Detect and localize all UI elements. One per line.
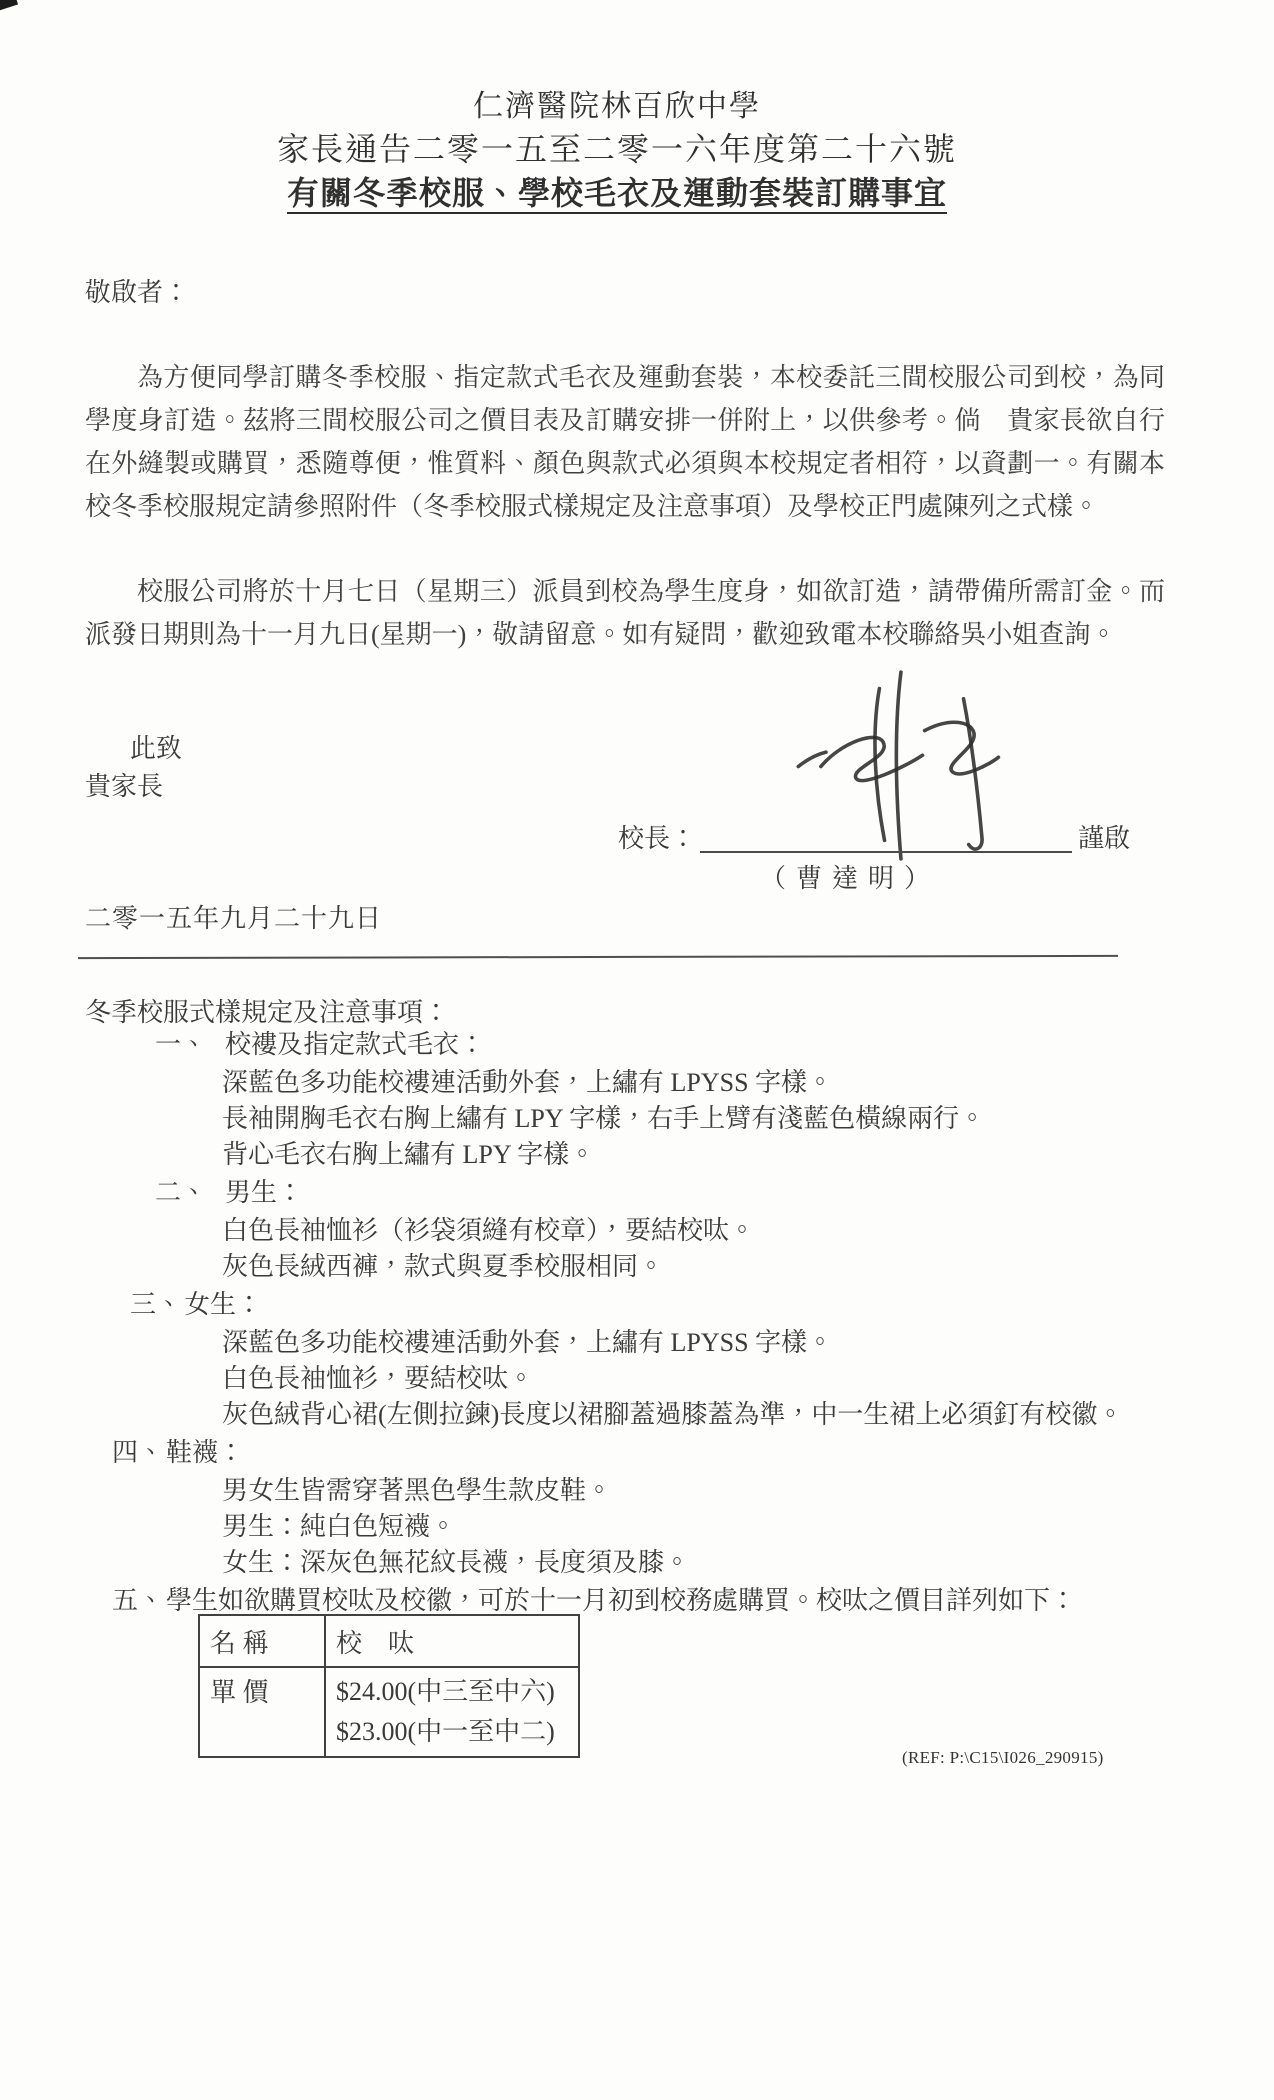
- list-item-3-line: 深藍色多功能校褸連活動外套，上繡有 LPYSS 字樣。: [222, 1326, 833, 1360]
- signature-line: [700, 823, 1072, 853]
- principal-signature-row: 校長：謹啟: [618, 818, 1130, 855]
- list-item-4-number: 四、: [112, 1436, 164, 1470]
- notice-date: 二零一五年九月二十九日: [85, 898, 382, 935]
- attachment-heading: 冬季校服式樣規定及注意事項：: [85, 992, 449, 1029]
- scan-artifact: [0, 0, 18, 12]
- price-table-header-tie: 校 呔: [325, 1615, 579, 1667]
- paragraph-1: 為方便同學訂購冬季校服、指定款式毛衣及運動套裝，本校委託三間校服公司到校，為同學…: [85, 356, 1165, 528]
- list-item-4-title: 鞋襪：: [166, 1438, 244, 1467]
- list-item-1-head: 一、校褸及指定款式毛衣：: [155, 1028, 485, 1062]
- price-table-row-label: 單 價: [199, 1667, 325, 1757]
- list-item-5-number: 五、: [112, 1584, 164, 1618]
- closing-recipient: 貴家長: [85, 766, 163, 803]
- list-item-2-line: 灰色長絨西褲，款式與夏季校服相同。: [222, 1250, 664, 1284]
- salutation: 敬啟者：: [85, 272, 189, 309]
- list-item-2-title: 男生：: [225, 1178, 303, 1207]
- price-table-row: 單 價 $24.00(中三至中六) $23.00(中一至中二): [199, 1667, 579, 1757]
- school-name: 仁濟醫院林百欣中學: [0, 88, 1234, 126]
- list-item-3-title: 女生：: [184, 1290, 262, 1319]
- notice-subject-row: 有關冬季校服、學校毛衣及運動套裝訂購事宜: [0, 172, 1234, 214]
- reference-number: (REF: P:\C15\I026_290915): [902, 1748, 1104, 1768]
- price-table-header-row: 名 稱 校 呔: [199, 1615, 579, 1667]
- list-item-1-line: 長袖開胸毛衣右胸上繡有 LPY 字樣，右手上臂有淺藍色橫線兩行。: [222, 1102, 985, 1136]
- paragraph-2: 校服公司將於十月七日（星期三）派員到校為學生度身，如欲訂造，請帶備所需訂金。而派…: [85, 570, 1165, 656]
- list-item-4-line: 女生：深灰色無花紋長襪，長度須及膝。: [222, 1546, 690, 1580]
- respectfully-label: 謹啟: [1078, 824, 1130, 853]
- price-table: 名 稱 校 呔 單 價 $24.00(中三至中六) $23.00(中一至中二): [198, 1614, 580, 1758]
- list-item-4-head: 四、鞋襪：: [112, 1436, 244, 1470]
- notice-number: 家長通告二零一五至二零一六年度第二十六號: [0, 128, 1234, 170]
- list-item-4-line: 男生：純白色短襪。: [222, 1510, 456, 1544]
- list-item-3-head: 三、女生：: [130, 1288, 262, 1322]
- price-table-header-name: 名 稱: [199, 1615, 325, 1667]
- price-line-junior: $23.00(中一至中二): [336, 1712, 568, 1752]
- notice-subject: 有關冬季校服、學校毛衣及運動套裝訂購事宜: [287, 175, 947, 214]
- price-table-prices-cell: $24.00(中三至中六) $23.00(中一至中二): [325, 1667, 579, 1757]
- principal-name: （曹達明）: [760, 858, 940, 895]
- list-item-5-title: 學生如欲購買校呔及校徽，可於十一月初到校務處購買。校呔之價目詳列如下：: [166, 1586, 1076, 1615]
- list-item-2-line: 白色長袖恤衫（衫袋須縫有校章），要結校呔。: [222, 1214, 755, 1248]
- list-item-4-line: 男女生皆需穿著黑色學生款皮鞋。: [222, 1474, 612, 1508]
- section-divider: [78, 955, 1118, 959]
- list-item-1-line: 背心毛衣右胸上繡有 LPY 字樣。: [222, 1138, 595, 1172]
- list-item-3-line: 灰色絨背心裙(左側拉鍊)長度以裙腳蓋過膝蓋為準，中一生裙上必須釘有校徽。: [222, 1398, 1123, 1432]
- notice-header: 仁濟醫院林百欣中學 家長通告二零一五至二零一六年度第二十六號 有關冬季校服、學校…: [0, 88, 1234, 214]
- list-item-1-number: 一、: [155, 1028, 225, 1062]
- list-item-1-line: 深藍色多功能校褸連活動外套，上繡有 LPYSS 字樣。: [222, 1066, 833, 1100]
- list-item-2-head: 二、男生：: [155, 1176, 303, 1210]
- principal-label: 校長：: [618, 824, 696, 853]
- scanned-notice-page: 仁濟醫院林百欣中學 家長通告二零一五至二零一六年度第二十六號 有關冬季校服、學校…: [0, 0, 1274, 2100]
- closing-cizhi: 此致: [130, 728, 182, 765]
- list-item-3-line: 白色長袖恤衫，要結校呔。: [222, 1362, 534, 1396]
- list-item-5-head: 五、學生如欲購買校呔及校徽，可於十一月初到校務處購買。校呔之價目詳列如下：: [112, 1584, 1076, 1618]
- price-line-senior: $24.00(中三至中六): [336, 1672, 568, 1712]
- list-item-2-number: 二、: [155, 1176, 225, 1210]
- list-item-3-number: 三、: [130, 1288, 182, 1322]
- list-item-1-title: 校褸及指定款式毛衣：: [225, 1030, 485, 1059]
